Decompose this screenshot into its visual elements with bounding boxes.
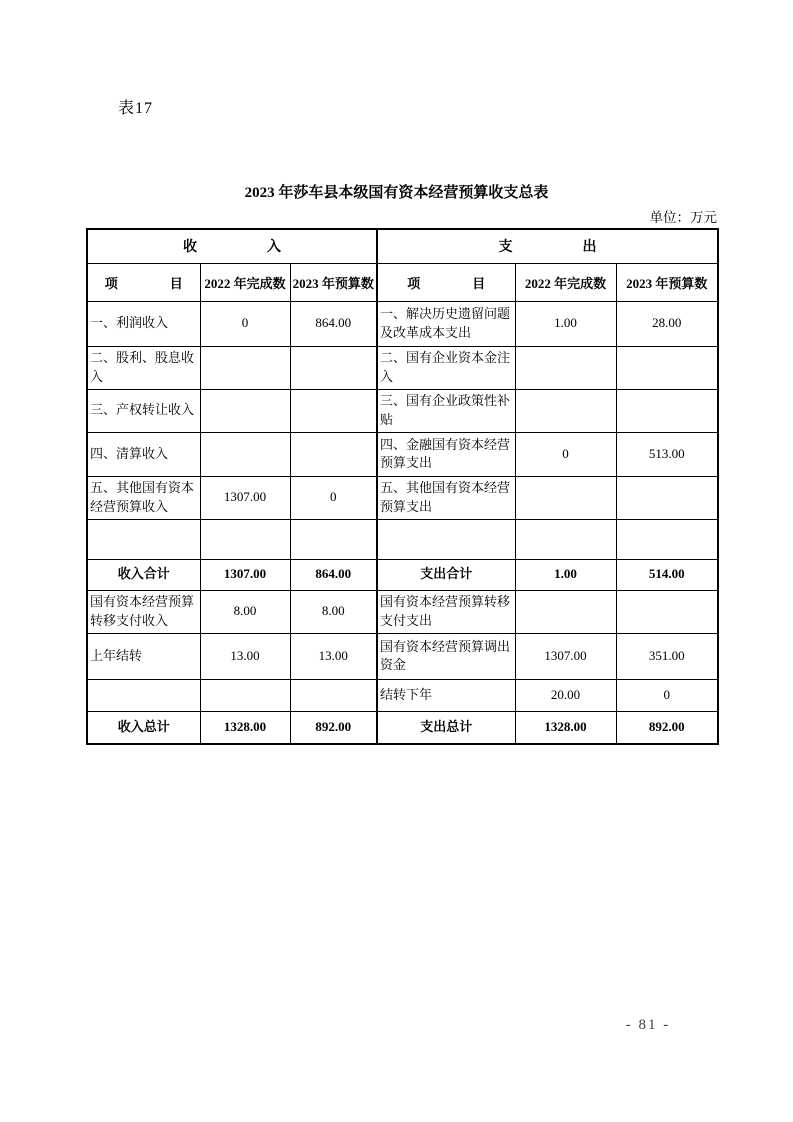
col-header-income-item: 项 目: [87, 263, 200, 301]
col-header-income-2022: 2022 年完成数: [200, 263, 290, 301]
income-2022-cell: [200, 389, 290, 432]
budget-table: 收 入 支 出 项 目 2022 年完成数 2023 年预算数 项 目 2022…: [86, 228, 719, 745]
income-2022-cell: 0: [200, 301, 290, 346]
expense-2022-cell: [515, 590, 616, 633]
income-2023-cell: [290, 432, 377, 476]
table-row: 收入合计 1307.00 864.00 支出合计 1.00 514.00: [87, 559, 718, 590]
expense-2023-cell: 28.00: [616, 301, 718, 346]
budget-table-body: 一、利润收入 0 864.00 一、解决历史遗留问题及改革成本支出 1.00 2…: [87, 301, 718, 744]
page-title: 2023 年莎车县本级国有资本经营预算收支总表: [0, 181, 793, 202]
table-row: 三、产权转让收入 三、国有企业政策性补贴: [87, 389, 718, 432]
unit-label: 单位：万元: [650, 206, 718, 226]
income-item-cell: [87, 519, 200, 559]
income-item-cell: 国有资本经营预算转移支付收入: [87, 590, 200, 633]
expense-2023-cell: 892.00: [616, 711, 718, 744]
expense-2022-cell: [515, 346, 616, 389]
expense-2022-cell: [515, 389, 616, 432]
column-header-row: 项 目 2022 年完成数 2023 年预算数 项 目 2022 年完成数 20…: [87, 263, 718, 301]
expense-2022-cell: 1328.00: [515, 711, 616, 744]
income-section-header: 收 入: [87, 229, 377, 263]
col-header-expense-2023: 2023 年预算数: [616, 263, 718, 301]
income-item-cell: 一、利润收入: [87, 301, 200, 346]
document-page: 表17 2023 年莎车县本级国有资本经营预算收支总表 单位：万元 收 入 支 …: [0, 0, 793, 1122]
expense-item-cell: [377, 519, 515, 559]
expense-2023-cell: [616, 590, 718, 633]
income-2022-cell: 1328.00: [200, 711, 290, 744]
income-2023-cell: [290, 346, 377, 389]
income-2022-cell: 1307.00: [200, 476, 290, 519]
income-2022-cell: 13.00: [200, 633, 290, 679]
col-header-expense-item: 项 目: [377, 263, 515, 301]
income-item-cell: 收入总计: [87, 711, 200, 744]
income-item-cell: [87, 679, 200, 711]
expense-2023-cell: 0: [616, 679, 718, 711]
expense-2022-cell: 0: [515, 432, 616, 476]
income-item-cell: 二、股利、股息收入: [87, 346, 200, 389]
income-2022-cell: [200, 432, 290, 476]
expense-2022-cell: 1.00: [515, 559, 616, 590]
income-2023-cell: 892.00: [290, 711, 377, 744]
income-item-cell: 收入合计: [87, 559, 200, 590]
expense-item-cell: 支出合计: [377, 559, 515, 590]
col-header-expense-2022: 2022 年完成数: [515, 263, 616, 301]
expense-item-cell: 结转下年: [377, 679, 515, 711]
income-2023-cell: [290, 519, 377, 559]
expense-item-cell: 五、其他国有资本经营预算支出: [377, 476, 515, 519]
expense-2023-cell: 514.00: [616, 559, 718, 590]
expense-item-cell: 二、国有企业资本金注入: [377, 346, 515, 389]
income-2022-cell: 1307.00: [200, 559, 290, 590]
table-row: 二、股利、股息收入 二、国有企业资本金注入: [87, 346, 718, 389]
table-row: 四、清算收入 四、金融国有资本经营预算支出 0 513.00: [87, 432, 718, 476]
income-item-cell: 上年结转: [87, 633, 200, 679]
income-2023-cell: 8.00: [290, 590, 377, 633]
income-2023-cell: 864.00: [290, 559, 377, 590]
expense-2022-cell: [515, 476, 616, 519]
income-2023-cell: [290, 389, 377, 432]
income-2023-cell: [290, 679, 377, 711]
income-2023-cell: 13.00: [290, 633, 377, 679]
expense-2023-cell: [616, 519, 718, 559]
expense-item-cell: 四、金融国有资本经营预算支出: [377, 432, 515, 476]
table-row: 结转下年 20.00 0: [87, 679, 718, 711]
expense-item-cell: 支出总计: [377, 711, 515, 744]
income-2022-cell: 8.00: [200, 590, 290, 633]
table-row: 收入总计 1328.00 892.00 支出总计 1328.00 892.00: [87, 711, 718, 744]
section-header-row: 收 入 支 出: [87, 229, 718, 263]
expense-item-cell: 国有资本经营预算转移支付支出: [377, 590, 515, 633]
table-row: 国有资本经营预算转移支付收入 8.00 8.00 国有资本经营预算转移支付支出: [87, 590, 718, 633]
expense-2023-cell: [616, 476, 718, 519]
income-2022-cell: [200, 519, 290, 559]
expense-item-cell: 三、国有企业政策性补贴: [377, 389, 515, 432]
income-item-cell: 三、产权转让收入: [87, 389, 200, 432]
col-header-income-2023: 2023 年预算数: [290, 263, 377, 301]
expense-2022-cell: 1307.00: [515, 633, 616, 679]
expense-2023-cell: [616, 389, 718, 432]
income-item-cell: 五、其他国有资本经营预算收入: [87, 476, 200, 519]
table-row: 上年结转 13.00 13.00 国有资本经营预算调出资金 1307.00 35…: [87, 633, 718, 679]
income-2023-cell: 0: [290, 476, 377, 519]
page-number: - 81 -: [598, 1017, 698, 1034]
expense-2022-cell: 1.00: [515, 301, 616, 346]
expense-2023-cell: 513.00: [616, 432, 718, 476]
expense-item-cell: 国有资本经营预算调出资金: [377, 633, 515, 679]
table-row: 一、利润收入 0 864.00 一、解决历史遗留问题及改革成本支出 1.00 2…: [87, 301, 718, 346]
table-row: 五、其他国有资本经营预算收入 1307.00 0 五、其他国有资本经营预算支出: [87, 476, 718, 519]
expense-item-cell: 一、解决历史遗留问题及改革成本支出: [377, 301, 515, 346]
income-2022-cell: [200, 346, 290, 389]
income-item-cell: 四、清算收入: [87, 432, 200, 476]
expense-2022-cell: 20.00: [515, 679, 616, 711]
expense-section-header: 支 出: [377, 229, 718, 263]
expense-2022-cell: [515, 519, 616, 559]
expense-2023-cell: 351.00: [616, 633, 718, 679]
income-2022-cell: [200, 679, 290, 711]
income-2023-cell: 864.00: [290, 301, 377, 346]
expense-2023-cell: [616, 346, 718, 389]
table-number-label: 表17: [118, 95, 153, 118]
table-row: [87, 519, 718, 559]
